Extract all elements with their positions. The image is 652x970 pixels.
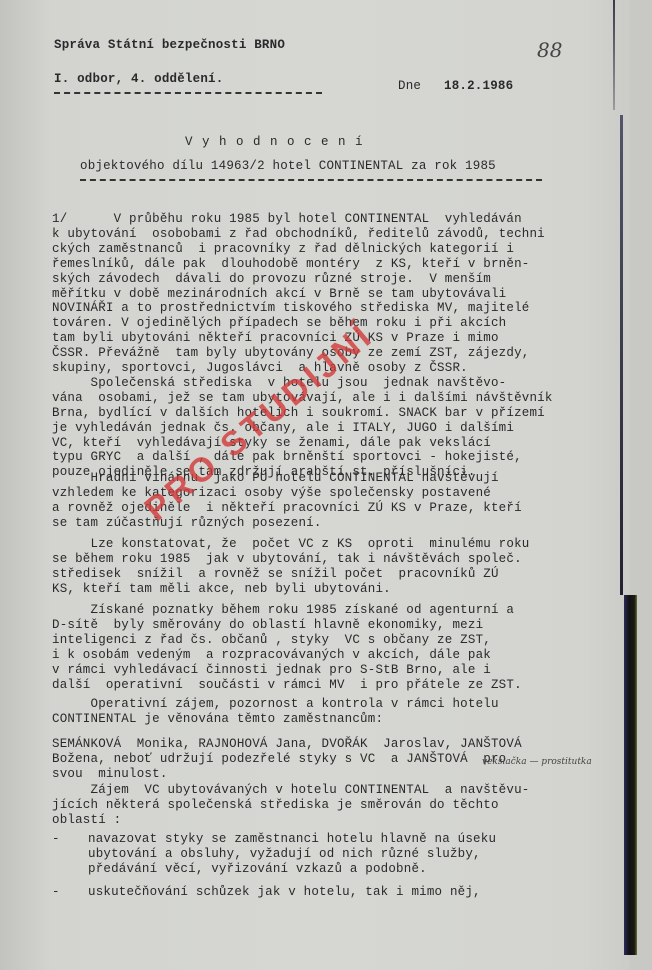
text-line: oblastí :	[52, 813, 121, 827]
text-line: vzhledem ke kategorizaci osoby výše spol…	[52, 486, 491, 500]
org-name: Správa Státní bezpečnosti BRNO	[54, 38, 285, 52]
text-line: 1/ V průběhu roku 1985 byl hotel CONTINE…	[52, 212, 522, 226]
text-line: ských závodech dávali do provozu různé s…	[52, 272, 491, 286]
text-line: Získané poznatky během roku 1985 získané…	[52, 603, 514, 617]
text-line: ČSSR. Převážně tam byly ubytovány osoby …	[52, 346, 529, 360]
text-line: Hradní vinárnu jako PÚ hotelu CONTINENTA…	[52, 471, 499, 485]
document-title: V y h o d n o c e n í	[185, 135, 364, 149]
list-item-line: navazovat styky se zaměstnanci hotelu hl…	[88, 832, 496, 846]
text-line: tam byli ubytováni někteří pracovníci ZÚ…	[52, 331, 499, 345]
text-line: typu GRYC a další , dále pak brněnští sp…	[52, 450, 522, 464]
text-line: v rámci vyhledávací činnosti jednak pro …	[52, 663, 491, 677]
text-line: Božena, neboť udržují podezřelé styky s …	[52, 752, 506, 766]
binder-spine	[624, 595, 637, 955]
text-line: se tam zúčastňují různých posezení.	[52, 516, 322, 530]
binder-edge-line	[613, 0, 615, 110]
text-line: SEMÁNKOVÁ Monika, RAJNOHOVÁ Jana, DVOŘÁK…	[52, 737, 522, 751]
page-number: 88	[537, 38, 562, 62]
text-line: středisek snížil a rovněž se snížil poče…	[52, 567, 499, 581]
text-line: svou minulost.	[52, 767, 168, 781]
date: 18.2.1986	[444, 79, 513, 93]
department: I. odbor, 4. oddělení.	[54, 72, 223, 86]
text-line: NOVINÁŘI a to prostřednictvím tiskového …	[52, 301, 529, 315]
document-subtitle: objektového dílu 14963/2 hotel CONTINENT…	[80, 159, 496, 173]
text-line: KS, kteří tam měli akce, neb byli ubytov…	[52, 582, 391, 596]
text-line: Operativní zájem, pozornost a kontrola v…	[52, 697, 499, 711]
text-line: měřítku v době mezinárodních akcí v Brně…	[52, 287, 506, 301]
text-line: CONTINENTAL je věnována těmto zaměstnanc…	[52, 712, 383, 726]
list-item-line: uskutečňování schůzek jak v hotelu, tak …	[88, 885, 481, 899]
text-line: Zájem VC ubytovávaných v hotelu CONTINEN…	[52, 783, 529, 797]
date-label: Dne	[398, 79, 421, 93]
handwritten-note: vekslačka — prostitutka	[482, 757, 592, 767]
list-item-line: předávání věcí, vyřizování vzkazů a podo…	[88, 862, 427, 876]
text-line: jících některá společenská střediska je …	[52, 798, 499, 812]
text-line: se během roku 1985 jak v ubytování, tak …	[52, 552, 522, 566]
dept-underline	[54, 92, 322, 94]
text-line: Lze konstatovat, že počet VC z KS oproti…	[52, 537, 529, 551]
subtitle-underline	[80, 179, 542, 181]
list-bullet: -	[52, 885, 60, 899]
text-line: další operativní součásti v rámci MV i p…	[52, 678, 522, 692]
text-line: továren. V ojedinělých případech se běhe…	[52, 316, 506, 330]
text-line: ckých zaměstnanců i pracovníky z řad děl…	[52, 242, 514, 256]
text-line: řemeslníků, dále pak dlouhodobě montéry …	[52, 257, 529, 271]
text-line: inteligenci z řad čs. občanů , styky VC …	[52, 633, 491, 647]
text-line: skupiny, sportovci, Jugoslávci a hlavně …	[52, 361, 468, 375]
list-bullet: -	[52, 832, 60, 846]
text-line: a rovněž ojediněle i někteří pracovníci …	[52, 501, 522, 515]
binder-edge-line	[620, 115, 623, 595]
list-item-line: ubytování a obsluhy, vyžadují od nich rů…	[88, 847, 481, 861]
text-line: k ubytování osobobami z řad obchodníků, …	[52, 227, 545, 241]
text-line: D-sítě byly směrovány do oblastí hlavně …	[52, 618, 483, 632]
text-line: i k osobám vedeným a rozpracovávaných v …	[52, 648, 491, 662]
